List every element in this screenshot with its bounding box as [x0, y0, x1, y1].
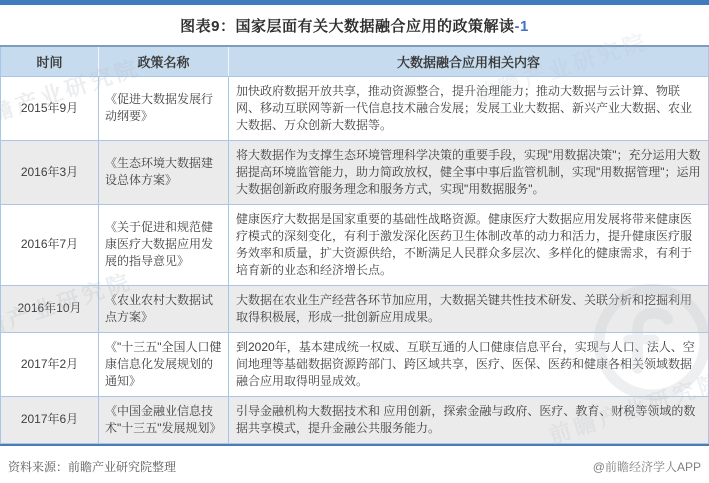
- source-note: 资料来源：前瞻产业研究院整理: [8, 458, 176, 475]
- content-cell: 引导金融机构大数据技术和 应用创新，探索金融与政府、医疗、教育、财税等领域的数据…: [229, 396, 709, 443]
- footer: 资料来源：前瞻产业研究院整理 @前瞻经济学人APP: [0, 446, 709, 475]
- column-header-policy: 政策名称: [99, 46, 229, 76]
- column-header-time: 时间: [1, 46, 99, 76]
- policy-cell: 《"十三五"全国人口健康信息化发展规划的通知》: [99, 332, 229, 396]
- content-cell: 将大数据作为支撑生态环境管理科学决策的重要手段，实现"用数据决策"；充分运用大数…: [229, 140, 709, 204]
- content-cell: 健康医疗大数据是国家重要的基础性战略资源。健康医疗大数据应用发展将带来健康医疗模…: [229, 204, 709, 285]
- content-cell: 加快政府数据开放共享，推动资源整合，提升治理能力；推动大数据与云计算、物联网、移…: [229, 76, 709, 140]
- content-cell: 到2020年，基本建成统一权威、互联互通的人口健康信息平台，实现与人口、法人、空…: [229, 332, 709, 396]
- figure-title-suffix: -1: [515, 18, 529, 35]
- table-row: 2017年2月 《"十三五"全国人口健康信息化发展规划的通知》 到2020年，基…: [1, 332, 709, 396]
- table-row: 2016年7月 《关于促进和规范健康医疗大数据应用发展的指导意见》 健康医疗大数…: [1, 204, 709, 285]
- table-row: 2015年9月 《促进大数据发展行动纲要》 加快政府数据开放共享，推动资源整合，…: [1, 76, 709, 140]
- time-cell: 2016年7月: [1, 204, 99, 285]
- time-cell: 2016年10月: [1, 285, 99, 332]
- policy-cell: 《中国金融业信息技术"十三五"发展规划》: [99, 396, 229, 443]
- table-row: 2016年10月 《农业农村大数据试点方案》 大数据在农业生产经营各环节加应用，…: [1, 285, 709, 332]
- policy-cell: 《生态环境大数据建设总体方案》: [99, 140, 229, 204]
- figure-title-text: 图表9：国家层面有关大数据融合应用的政策解读: [180, 18, 514, 35]
- time-cell: 2016年3月: [1, 140, 99, 204]
- app-credit: @前瞻经济学人APP: [593, 458, 701, 475]
- policy-cell: 《促进大数据发展行动纲要》: [99, 76, 229, 140]
- table-row: 2017年6月 《中国金融业信息技术"十三五"发展规划》 引导金融机构大数据技术…: [1, 396, 709, 443]
- content-cell: 大数据在农业生产经营各环节加应用，大数据关键共性技术研发、关联分析和挖掘利用取得…: [229, 285, 709, 332]
- time-cell: 2017年6月: [1, 396, 99, 443]
- figure-page: 图表9：国家层面有关大数据融合应用的政策解读-1 时间 政策名称 大数据融合应用…: [0, 0, 709, 483]
- time-cell: 2015年9月: [1, 76, 99, 140]
- figure-title: 图表9：国家层面有关大数据融合应用的政策解读-1: [0, 5, 709, 45]
- table-row: 2016年3月 《生态环境大数据建设总体方案》 将大数据作为支撑生态环境管理科学…: [1, 140, 709, 204]
- policy-cell: 《关于促进和规范健康医疗大数据应用发展的指导意见》: [99, 204, 229, 285]
- policy-cell: 《农业农村大数据试点方案》: [99, 285, 229, 332]
- column-header-content: 大数据融合应用相关内容: [229, 46, 709, 76]
- policy-table: 时间 政策名称 大数据融合应用相关内容 2015年9月 《促进大数据发展行动纲要…: [0, 45, 709, 444]
- time-cell: 2017年2月: [1, 332, 99, 396]
- table-header-row: 时间 政策名称 大数据融合应用相关内容: [1, 46, 709, 76]
